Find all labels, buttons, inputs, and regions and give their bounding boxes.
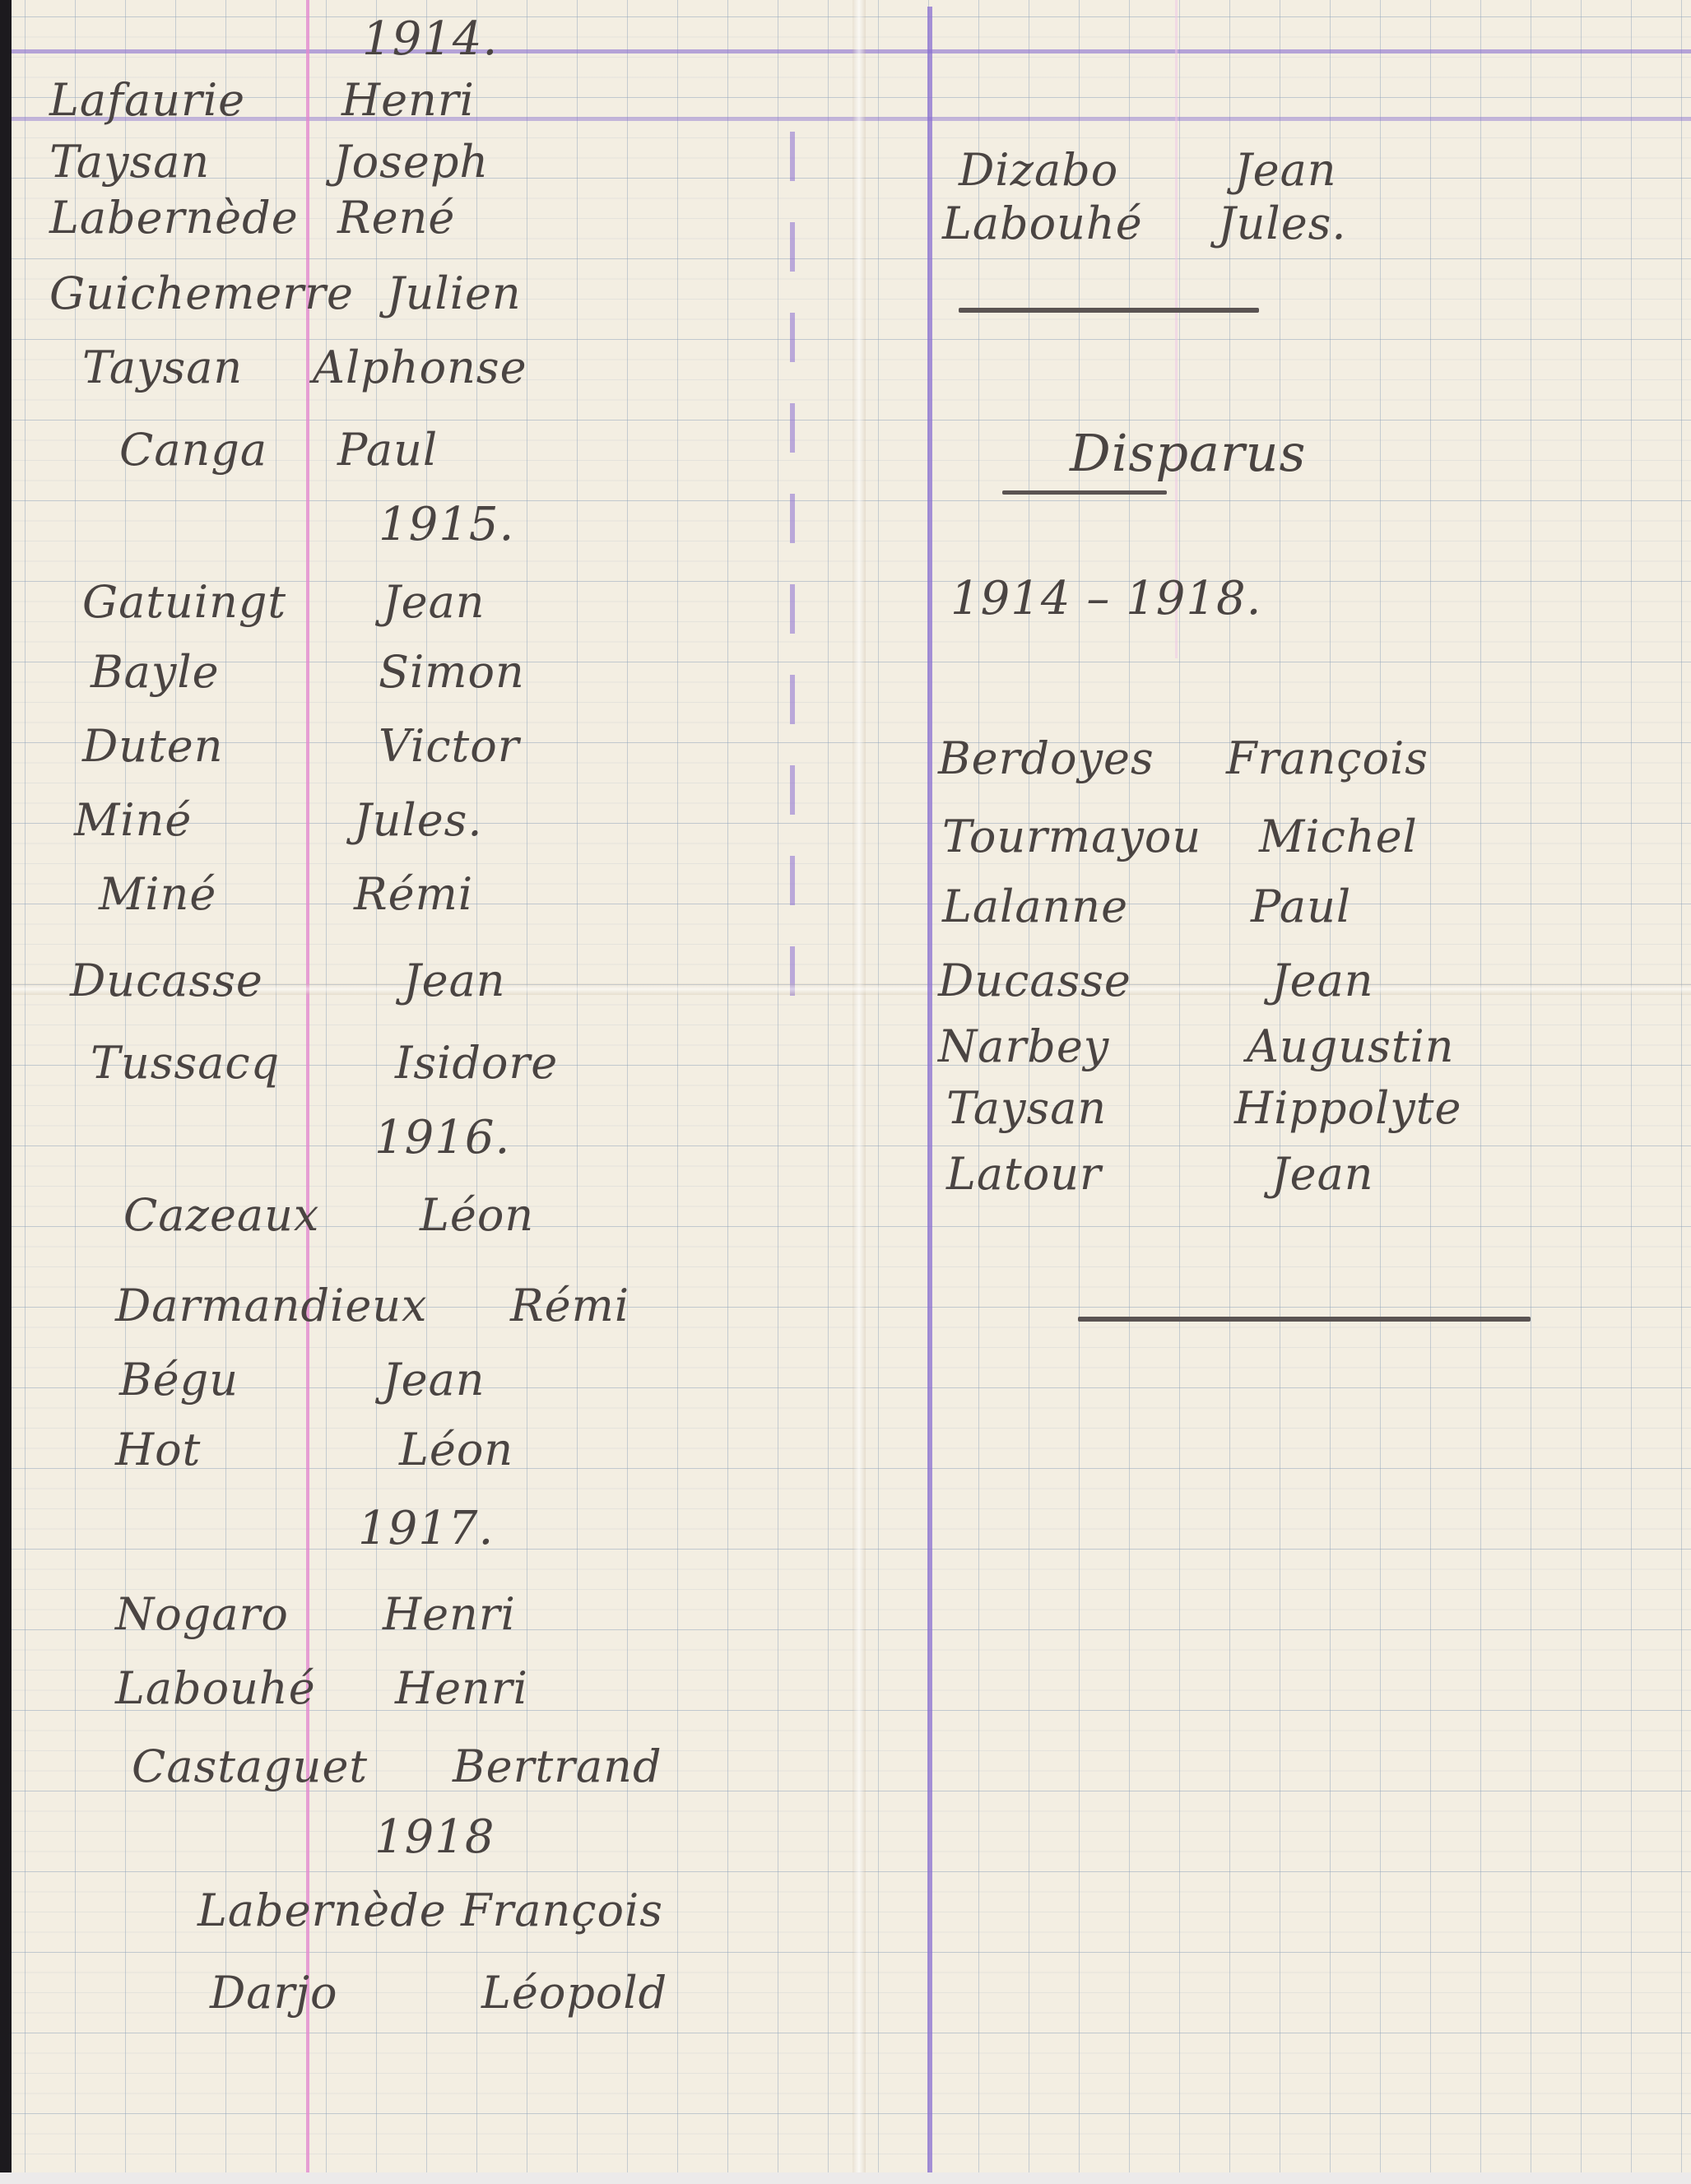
surname: Lafaurie [49, 78, 245, 123]
given-name: Jean [383, 1358, 485, 1402]
surname: Guichemerre [49, 272, 354, 316]
surname: Latour [946, 1152, 1102, 1197]
surname: Bégu [119, 1358, 239, 1402]
surname: Taysan [49, 140, 210, 184]
given-name: Simon [379, 650, 525, 695]
pink-margin-line [306, 0, 309, 2172]
surname: Labernède [197, 1889, 447, 1933]
given-name: Victor [379, 724, 520, 769]
given-name: Jules. [1218, 202, 1347, 246]
surname: Tourmayou [942, 815, 1201, 859]
year-heading: 1915. [379, 502, 514, 548]
given-name: Henri [395, 1666, 528, 1711]
separator-rule [959, 308, 1259, 313]
surname: Darmandieux [115, 1284, 428, 1328]
given-name: Paul [337, 428, 438, 472]
surname: Taysan [82, 346, 243, 390]
surname: Ducasse [70, 959, 263, 1003]
purple-rule-second [12, 117, 1691, 121]
surname: Labouhé [942, 202, 1143, 246]
year-heading: 1917. [358, 1506, 494, 1552]
scan-left-edge [0, 0, 12, 2184]
section-period: 1914 – 1918. [950, 576, 1261, 622]
surname: Labouhé [115, 1666, 316, 1711]
given-name: Léopold [481, 1971, 667, 2015]
given-name: Jean [1234, 148, 1337, 193]
given-name: Augustin [1247, 1025, 1455, 1069]
given-name: Rémi [354, 872, 473, 917]
surname: Tussacq [91, 1041, 280, 1085]
surname: Canga [119, 428, 267, 472]
surname: Bayle [91, 650, 220, 695]
year-heading: 1914. [362, 16, 498, 63]
surname: Castaguet [132, 1745, 368, 1789]
given-name: Jules. [354, 798, 483, 843]
title-underline [1002, 490, 1167, 495]
surname: Lalanne [942, 885, 1128, 929]
purple-bleed-line [790, 132, 795, 996]
given-name: Henri [341, 78, 475, 123]
given-name: Hippolyte [1234, 1086, 1461, 1131]
purple-rule-top [12, 49, 1691, 53]
surname: Cazeaux [123, 1193, 319, 1238]
given-name: François [461, 1889, 663, 1933]
given-name: Jean [403, 959, 506, 1003]
scan-bottom-edge [0, 2172, 1691, 2184]
separator-rule [1078, 1317, 1531, 1322]
surname: Miné [99, 872, 216, 917]
surname: Duten [82, 724, 224, 769]
given-name: Joseph [333, 140, 489, 184]
given-name: Isidore [395, 1041, 558, 1085]
given-name: Rémi [510, 1284, 629, 1328]
surname: Hot [115, 1428, 201, 1472]
purple-column-divider [927, 7, 932, 2172]
surname: Berdoyes [938, 737, 1154, 781]
surname: Gatuingt [82, 580, 286, 625]
horizontal-fold-crease [12, 983, 1691, 995]
given-name: René [337, 196, 455, 240]
given-name: Alphonse [313, 346, 527, 390]
given-name: Jean [1271, 1152, 1374, 1197]
given-name: Jean [1271, 959, 1374, 1003]
surname: Nogaro [115, 1592, 289, 1637]
surname: Taysan [946, 1086, 1107, 1131]
given-name: Michel [1259, 815, 1418, 859]
given-name: Julien [387, 272, 522, 316]
surname: Narbey [938, 1025, 1109, 1069]
section-title: Disparus [1070, 428, 1306, 479]
surname: Darjo [210, 1971, 338, 2015]
surname: Dizabo [959, 148, 1118, 193]
given-name: Henri [383, 1592, 516, 1637]
given-name: Bertrand [453, 1745, 662, 1789]
year-heading: 1918 [374, 1815, 495, 1861]
year-heading: 1916. [374, 1115, 510, 1161]
surname: Labernède [49, 196, 299, 240]
vertical-fold-crease [852, 0, 866, 2172]
given-name: Jean [383, 580, 485, 625]
surname: Ducasse [938, 959, 1131, 1003]
given-name: Paul [1251, 885, 1351, 929]
given-name: François [1226, 737, 1429, 781]
surname: Miné [74, 798, 192, 843]
given-name: Léon [399, 1428, 513, 1472]
faint-pink-line-right [1175, 0, 1178, 658]
given-name: Léon [420, 1193, 534, 1238]
